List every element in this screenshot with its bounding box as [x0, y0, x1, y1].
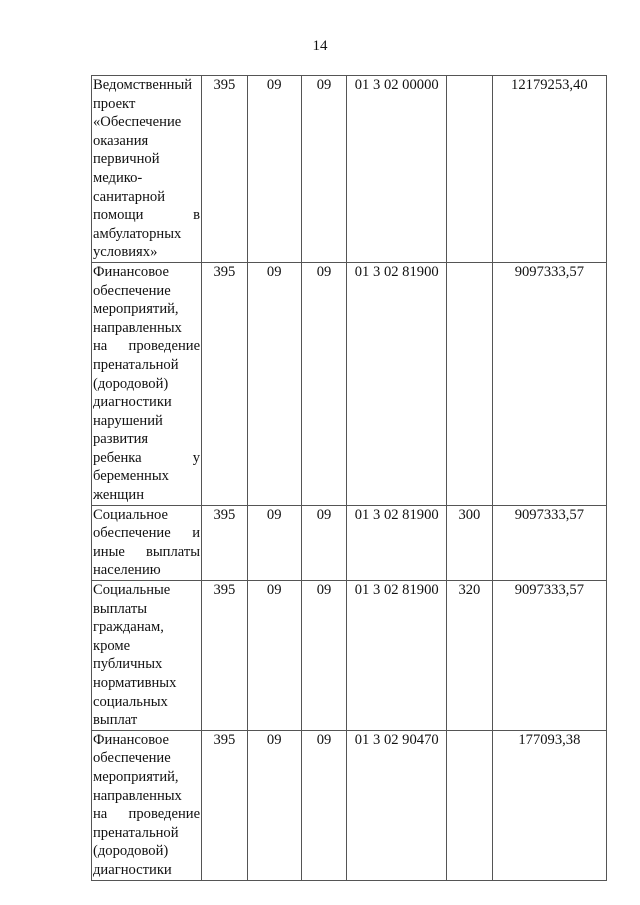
row-name-line: нормативных: [93, 674, 200, 693]
row-name-line: амбулаторных: [93, 225, 200, 244]
row-target-article-code: 01 3 02 81900: [347, 581, 447, 731]
row-name-line: проект: [93, 95, 200, 114]
row-amount: 9097333,57: [492, 505, 606, 580]
row-name: Ведомственныйпроект«Обеспечениеоказанияп…: [92, 76, 202, 263]
row-expense-type-code: [447, 76, 493, 263]
row-expense-type-code: 300: [447, 505, 493, 580]
row-name-line: публичных: [93, 655, 200, 674]
row-name-line: мероприятий,: [93, 768, 200, 787]
row-name-line: гражданам,: [93, 618, 200, 637]
row-name-line: обеспечение: [93, 749, 200, 768]
table-row: Финансовоеобеспечениемероприятий,направл…: [92, 262, 607, 505]
row-name-line: мероприятий,: [93, 300, 200, 319]
row-name-line: оказания: [93, 132, 200, 151]
row-name-line: условиях»: [93, 243, 200, 262]
row-section-code: 09: [247, 581, 301, 731]
row-name-line: Финансовое: [93, 731, 200, 750]
table-row: Финансовоеобеспечениемероприятий,направл…: [92, 730, 607, 880]
row-grbs-code: 395: [202, 581, 248, 731]
row-name-line: (дородовой): [93, 842, 200, 861]
row-amount: 9097333,57: [492, 581, 606, 731]
row-subsection-code: 09: [301, 505, 347, 580]
row-expense-type-code: [447, 730, 493, 880]
row-name-line: пренатальной: [93, 824, 200, 843]
row-name-line: кроме: [93, 637, 200, 656]
row-name-line: медико-: [93, 169, 200, 188]
row-name-line: ребенкау: [93, 449, 200, 468]
row-amount: 12179253,40: [492, 76, 606, 263]
row-grbs-code: 395: [202, 505, 248, 580]
row-name-line: диагностики: [93, 861, 200, 880]
row-name-line: Социальное: [93, 506, 200, 525]
row-section-code: 09: [247, 262, 301, 505]
row-target-article-code: 01 3 02 00000: [347, 76, 447, 263]
row-name-line: диагностики: [93, 393, 200, 412]
row-name-line: пренатальной: [93, 356, 200, 375]
row-target-article-code: 01 3 02 81900: [347, 262, 447, 505]
table-row: Ведомственныйпроект«Обеспечениеоказанияп…: [92, 76, 607, 263]
row-name: Социальноеобеспечениеииныевыплатынаселен…: [92, 505, 202, 580]
row-name: Финансовоеобеспечениемероприятий,направл…: [92, 262, 202, 505]
row-target-article-code: 01 3 02 90470: [347, 730, 447, 880]
row-subsection-code: 09: [301, 262, 347, 505]
table-row: Социальныевыплатыгражданам,кромепубличны…: [92, 581, 607, 731]
row-name-line: выплат: [93, 711, 200, 730]
row-section-code: 09: [247, 505, 301, 580]
row-grbs-code: 395: [202, 76, 248, 263]
row-subsection-code: 09: [301, 581, 347, 731]
row-section-code: 09: [247, 76, 301, 263]
row-target-article-code: 01 3 02 81900: [347, 505, 447, 580]
row-name-line: выплаты: [93, 600, 200, 619]
page-number: 14: [0, 37, 640, 55]
row-name: Финансовоеобеспечениемероприятий,направл…: [92, 730, 202, 880]
budget-table: Ведомственныйпроект«Обеспечениеоказанияп…: [91, 75, 607, 881]
row-name-line: «Обеспечение: [93, 113, 200, 132]
row-name-line: беременных: [93, 467, 200, 486]
row-name-line: обеспечениеи: [93, 524, 200, 543]
row-name-line: (дородовой): [93, 375, 200, 394]
row-name-line: напроведение: [93, 337, 200, 356]
row-name-line: социальных: [93, 693, 200, 712]
row-name: Социальныевыплатыгражданам,кромепубличны…: [92, 581, 202, 731]
row-amount: 177093,38: [492, 730, 606, 880]
row-name-line: напроведение: [93, 805, 200, 824]
budget-table-body: Ведомственныйпроект«Обеспечениеоказанияп…: [92, 76, 607, 881]
row-grbs-code: 395: [202, 262, 248, 505]
row-amount: 9097333,57: [492, 262, 606, 505]
row-grbs-code: 395: [202, 730, 248, 880]
row-name-line: развития: [93, 430, 200, 449]
row-name-line: направленных: [93, 787, 200, 806]
row-name-line: женщин: [93, 486, 200, 505]
row-section-code: 09: [247, 730, 301, 880]
row-subsection-code: 09: [301, 730, 347, 880]
row-name-line: направленных: [93, 319, 200, 338]
row-name-line: Ведомственный: [93, 76, 200, 95]
row-name-line: Социальные: [93, 581, 200, 600]
row-name-line: Финансовое: [93, 263, 200, 282]
row-name-line: населению: [93, 561, 200, 580]
row-name-line: помощив: [93, 206, 200, 225]
row-name-line: иныевыплаты: [93, 543, 200, 562]
table-row: Социальноеобеспечениеииныевыплатынаселен…: [92, 505, 607, 580]
row-name-line: первичной: [93, 150, 200, 169]
row-subsection-code: 09: [301, 76, 347, 263]
row-name-line: санитарной: [93, 188, 200, 207]
row-name-line: обеспечение: [93, 282, 200, 301]
row-name-line: нарушений: [93, 412, 200, 431]
row-expense-type-code: 320: [447, 581, 493, 731]
row-expense-type-code: [447, 262, 493, 505]
